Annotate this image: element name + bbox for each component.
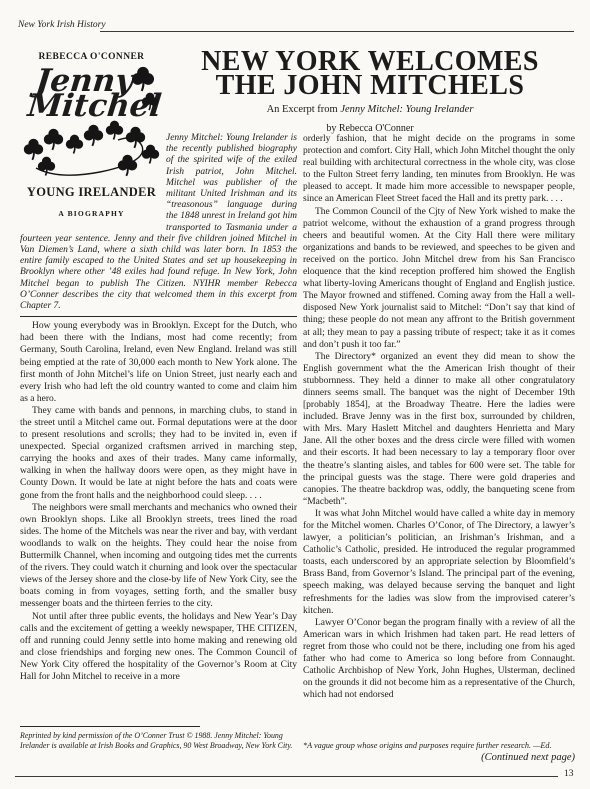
cover-author: REBECCA O'CONNER xyxy=(20,52,163,62)
left-column: Jenny Mitchel: Young Irelander is the re… xyxy=(20,133,297,725)
paragraph: It was what John Mitchel would have call… xyxy=(303,508,575,617)
right-column: orderly fashion, that he might decide on… xyxy=(303,133,575,741)
footnote-rule xyxy=(20,726,200,727)
journal-title: New York Irish History xyxy=(18,20,106,30)
article-subtitle: An Excerpt from Jenny Mitchel: Young Ire… xyxy=(163,104,577,115)
editor-footnote: *A vague group whose origins and purpose… xyxy=(303,741,575,750)
right-column-body: orderly fashion, that he might decide on… xyxy=(303,133,575,701)
shamrock-icon xyxy=(142,92,158,111)
paragraph: Lawyer O’Conor began the program finally… xyxy=(303,617,575,702)
header-rule xyxy=(100,31,574,32)
paragraph: The Directory* organized an event they d… xyxy=(303,351,575,508)
intro-paragraph: Jenny Mitchel: Young Irelander is the re… xyxy=(20,133,297,312)
page-number: 13 xyxy=(564,769,574,779)
excerpt-prefix: An Excerpt from xyxy=(267,104,341,115)
left-column-body: How young everybody was in Brooklyn. Exc… xyxy=(20,320,297,683)
paragraph: Not until after three public events, the… xyxy=(20,611,297,684)
paragraph: The Common Council of the Cjty of New Yo… xyxy=(303,206,575,351)
article-title-block: NEW YORK WELCOMES THE JOHN MITCHELS An E… xyxy=(163,50,577,134)
paragraph: orderly fashion, that he might decide on… xyxy=(303,133,575,206)
intro-divider-rule xyxy=(20,316,297,317)
paragraph: How young everybody was in Brooklyn. Exc… xyxy=(20,320,297,405)
paragraph: The neighbors were small merchants and m… xyxy=(20,502,297,611)
reprint-footnote: Reprinted by kind permission of the O’Co… xyxy=(20,726,301,751)
reprint-note-text: Reprinted by kind permission of the O’Co… xyxy=(20,731,301,751)
continued-next-page: (Continued next page) xyxy=(303,752,575,763)
paragraph: They came with bands and pennons, in mar… xyxy=(20,405,297,502)
article-title-line2: THE JOHN MITCHELS xyxy=(163,74,577,98)
cover-spacer xyxy=(20,133,166,233)
bottom-rule xyxy=(15,776,558,777)
excerpt-book-title: Jenny Mitchel: Young Irelander xyxy=(340,104,473,115)
